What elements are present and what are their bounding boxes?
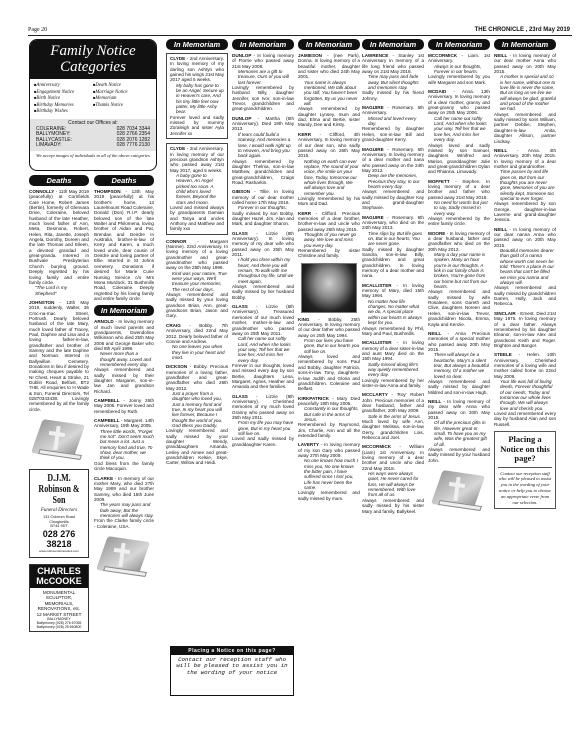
notice-entry: MOFFETT - Stephen. In loving memory of a… [428,179,490,227]
notice-entry: NEILL - Anna Precious memories of a spec… [428,331,490,395]
notice-signoff: Always remembered and sadly missed by wi… [428,289,490,326]
header-rule [28,35,572,36]
ad-subtitle: Funeral Directors [33,508,85,513]
notice-verse: Nothing on earth can ever replace, The s… [298,159,360,196]
notice-name: ARNOLD [94,319,114,324]
notice-signoff: Always remembered and sadly missed by hi… [362,498,424,514]
notice-verse: Three little words, "Forget me not". Don… [94,429,154,461]
notice-verse: No need for words but just to say, Sadly… [428,200,490,216]
notice-signoff: Always remembered by Phil, Mary and Paul… [362,326,424,337]
notice-name: NEILL [494,227,507,232]
ad-title: D.J.M. [38,473,80,484]
notice-entry: GLASS - Lizzie (8th Anniversary). In lov… [232,231,294,300]
notice-name: NEILL [494,148,507,153]
notice-name: GLASS [232,231,248,236]
notice-entry: CLARKE - In memory of our mother Mary, w… [94,476,154,529]
section-heading-in-memoriam: In Memoriam [428,39,490,50]
placing-title: Placing a Notice on this page? [498,435,552,464]
notice-entry: JAMIESON - (nee Park), Donna. In loving … [298,53,360,128]
section-heading-in-memoriam: In Memoriam [494,39,556,50]
section-heading-deaths: Deaths [29,175,89,186]
notice-name: KING [298,317,309,322]
notice-name: DICKSON [166,364,187,369]
notice-entry: MCCORMICK - Liam. 1st Anniversary.Always… [428,53,490,85]
notice-signoff: Always remembered by daughter Thelma, so… [232,159,294,186]
notice-verse: Time slips by, But life goes on, But in … [362,231,424,247]
ad-website: www.robinsonsfuneralsni.com [33,549,85,554]
notice-name: KERR [298,132,311,137]
notice-entry: KERR - Clifford, 4th Anniversary. In lov… [298,132,360,207]
notice-signoff: Always loved and sadly missed by son Sam… [428,143,490,175]
mccooke-monument-ad: CHARLESMcCOOKE MONUMENTAL SCULPTOR, MEMO… [29,564,89,632]
notice-name: MCALLISTER [362,283,392,288]
notice-name: GLASS [232,304,248,309]
notice-signoff: Always remembered by the entire family c… [428,216,490,227]
notice-text: - Lizzie (8th Anniversary). Treasured me… [232,304,294,336]
section-heading-in-memoriam: In Memoriam [232,39,294,50]
notice-name: SINCLAIR [494,311,516,316]
notice-verse: Constantly in our thoughts, But safe in … [298,406,360,422]
notice-verse: Forever in our thoughts. [232,205,294,210]
section-heading-in-memoriam: In Memoriam [362,39,424,50]
notice-entry: NEILL - In loving memory of my dear wife… [428,399,490,463]
ad-phone: 028 276 38218 [33,529,85,549]
column-memoriam-8: In Memoriam NEILL - In loving memory of … [494,39,556,509]
categories-title-line2: Categories [30,59,156,75]
notice-verse: "The Lord is my Shepherd" [29,285,89,296]
notice-signoff: Remembered by sister Christine and famil… [298,248,360,259]
notice-name: CLYDE [170,146,185,151]
notice-entry: LAVERTY - In loving memory of my son Gar… [298,442,360,501]
notice-name: JAMIESON [298,53,322,58]
notice-entry: SINCLAIR - Ernest. Died 21st May 1975. I… [494,311,556,348]
notice-verse: Sadly missed along life's way quietly re… [362,362,424,378]
notice-signoff: God bless from the family circle Macoqui… [94,461,154,472]
notice-name: CAMPBELL [94,418,120,423]
placing-notice-banner: Placing a Notice on this page? Contact o… [170,646,294,696]
notice-verse: Always in our thoughts, Forever in our h… [428,64,490,75]
categories-list: Anniversary Death Notice Engagement Noti… [30,79,156,115]
notice-name: MCCORMICK [362,444,391,449]
notice-signoff: Lovingly remembered and sadly missed by … [166,428,228,465]
section-heading-deaths: Deaths [94,175,154,186]
notice-entry: CONNOR - Margaret (Nannie). 23rd Anniver… [166,239,228,319]
notice-entry: MAGUIRE - Rosemary. 6th Anniversary, who… [362,215,424,279]
notice-signoff: Always loved and remembered by sons Paul… [298,354,360,391]
bible-cross-icon [432,469,487,514]
notice-verse: Your life was full of loving deeds, Fore… [494,379,556,411]
notice-entry: MCALLISTER - In loving memory of a dear … [362,340,424,388]
notice-verse: Kind was your nature, True were your way… [166,271,228,292]
categories-title: Family Notice Categories [30,40,156,79]
notice-verse: Call her name out softly Lord, And when … [232,336,294,363]
category-item: Birthday Wishes [34,108,93,115]
notice-entry: DICKSON - Bobby. Precious memories of a … [166,364,228,466]
notice-entry: GIBSON - Tillie. In loving memory of our… [232,189,294,226]
notice-signoff: Always remembered by son George, daughte… [494,201,556,222]
notice-verse: Of all the precious gifts in life, Howev… [428,420,490,447]
notice-text: - 13th May 2019 (peacefully) at his brot… [94,189,154,301]
notice-name: MCDAID [428,89,446,94]
notice-verse: Call her name out softly Lord, And when … [428,116,490,143]
notice-signoff: Loved and sadly missed by granddaughter … [232,436,294,447]
notice-signoff: Lovingly remembered by her sister-in-law… [362,378,424,389]
notice-signoff: Always remembered and sadly missed by so… [494,112,556,144]
column-deaths-2: Deaths THOMPSON - 13th May 2019 (peacefu… [94,175,154,586]
bible-cross-icon [97,535,152,580]
notice-name: CRAIG [166,323,181,328]
notice-signoff: Sadly missed by his friend Johnny. [362,90,424,101]
category-item: Death Notice [93,82,152,89]
notice-entry: MCCORMICK - William (Liam) 1st Anniversa… [362,444,424,513]
notice-name: MOFFETT [428,179,450,184]
notice-verse: Time may pass and fade away, But silent … [362,74,424,90]
notice-entry: CAMPBELL - Margaret. 14th Anniversary, 1… [94,418,154,471]
notice-entry: ARNOLD - In loving memory of much loved … [94,319,154,394]
banner-body: Contact our reception staff who will be … [171,655,293,678]
notice-signoff: Always remembered and sadly missed by th… [94,367,154,394]
notice-verse: Just a prayer from a daughter who loved … [166,391,228,428]
ad-body: MONUMENTAL SCULPTOR, MEMORIALS, RENOVATI… [30,588,88,631]
notice-verse: Your name is always mentioned, We talk a… [298,80,360,107]
categories-title-line1: Family Notice [30,43,156,59]
notice-text: - Ernest. Died 21st May 1975. In loving … [494,311,556,348]
notice-entry: LAWRENCE - Stanley 1st Anniversary In me… [362,53,424,101]
notice-verse: Time passes by and life goes on, But fro… [494,169,556,201]
notice-verse: I hold you close within my heart, And th… [232,257,294,284]
ad-title: Robinson & Son [38,484,80,506]
notice-name: MOORE [428,231,445,236]
contact-offices: Contact our Offices at: COLERAINE:028 70… [30,119,156,151]
notice-verse: A baby gone to Heaven, An Angel picked t… [170,173,224,205]
placing-body: Contact our reception staff who will be … [498,471,552,506]
notice-name: MCCLARTY [362,392,388,397]
section-heading-in-memoriam: In Memoriam [166,39,228,50]
notice-signoff: Always remembered by daughter Lynsey, mu… [298,106,360,127]
notice-name: MAGUIRE [362,105,384,110]
notice-name: THOMPSON [94,189,121,194]
notice-name: MCALLISTER [362,340,392,345]
category-item: Marriage Notice [93,89,152,96]
notice-entry: MAGUIRE - Rosemary. 6th Anniversary.Miss… [362,105,424,142]
notice-name: DUNLOP [232,53,251,58]
notice-entry: NEILL - In loving memory of our dear nan… [494,227,556,307]
images-note: We accept images of individuals in all o… [30,151,156,160]
notice-verse: If tears could build a stairway, And mem… [232,132,294,159]
notice-entry: MAGUIRE - Rosemary. 6th Anniversary. In … [362,147,424,211]
notice-entry: CONNOLLY - 11th May 2019 (peacefully) at… [29,189,89,296]
notice-entry: NEILL - Anna. 4th Anniversary. 20th May … [494,148,556,223]
notice-entry: MCCLARTY - 'Roy' Robert John. Precious m… [362,392,424,440]
page-number: Page 20 [28,27,47,33]
notice-text: - 11th May 2019 (peacefully) at Cornfiel… [29,189,89,285]
notice-signoff: Sadly missed by son Bobby, daughter Haze… [232,211,294,227]
notice-name: NEILL [494,53,507,58]
section-heading-in-memoriam: In Memoriam [298,39,360,50]
notice-signoff: Remembered by Raymond, Jim, Charlie, Ann… [298,422,360,438]
notice-entry: CRAIG - Bobby. 7th Anniversary, died 22n… [166,323,228,360]
notice-verse: A mother is special and so is her name, … [494,74,556,111]
notice-verse: Thoughts of you never go away. We love a… [298,232,360,248]
column-deaths-1: Deaths CONNOLLY - 11th May 2019 (peacefu… [29,175,89,632]
notice-name: STEELE [494,352,512,357]
notice-signoff: Lovingly remembered and sadly missed by … [298,490,360,501]
notice-verse: My baby has gone to be an Angel, Secure … [170,83,224,115]
notice-signoff: From the Clarke family circle - Colerain… [94,518,154,529]
notice-entry: GLASS - Lizzie (8th Anniversary). Cheris… [232,394,294,447]
bible-cross-icon [32,418,87,463]
notice-signoff: Loved and remembered every day by husban… [494,411,556,427]
family-notice-categories: Family Notice Categories Anniversary Dea… [29,39,157,171]
notice-entry: MOORE - In loving memory of a dear husba… [428,231,490,327]
notice-name: CAMPBELL [94,398,120,403]
memorial-photo [301,263,357,313]
notice-name: KERR [298,211,311,216]
notice-signoff: Much loved by wife Ann, daughter Melissa… [362,419,424,440]
notice-name: NEILL [428,399,441,404]
notice-name: CONNOR [166,239,186,244]
notice-entry: MCALLISTER - In loving memory of Mary, d… [362,283,424,336]
divider [498,467,552,468]
notice-entry: KING - Bobby. 25th Anniversary. In lovin… [298,317,360,392]
notice-verse: Missed and loved every day. [362,116,424,127]
notice-verse: No one knows how much I miss you, No one… [298,458,360,490]
notice-signoff: Always remembered and sadly missed by yo… [166,292,228,319]
notice-signoff: Lovingly remembered by his Mum and Dad. [298,196,360,207]
notice-signoff: Loved and missed always by grandparents … [170,205,224,232]
notice-name: GIBSON [232,189,250,194]
notice-signoff: Always remembered and sadly missed by yo… [428,447,490,463]
notice-name: MAGUIRE [362,215,384,220]
category-item: Thanks Notice [93,102,152,109]
notice-verse: Memories are a gift to treasure, Ours of… [232,69,294,85]
column-memoriam-7: In Memoriam MCCORMICK - Liam. 1st Annive… [428,39,490,520]
notice-signoff: Always remembered and sadly missed by da… [362,189,424,210]
robinson-funeral-ad: D.J.M. Robinson & Son Funeral Directors … [29,469,89,558]
notice-name: JOHNSTON [29,300,54,305]
notice-entry: DUNLOP - Martha (6th Anniversary). Died … [232,116,294,185]
notice-verse: From my life you may have gone, But in m… [232,420,294,436]
notice-signoff: Lovingly remembered by you wife Margaret… [428,74,490,85]
banner-title: Placing a Notice on this page? [171,647,293,655]
notice-entry: GLASS - Lizzie (8th Anniversary). Treasu… [232,304,294,390]
notice-signoff: Always remembered and sadly missed by he… [232,284,294,300]
notice-signoff: Lovingly remembered by husband Billy, da… [232,85,294,112]
notice-entry: CAMPBELL - Jonny 26th May 2006. Forever … [94,398,154,414]
notice-verse: Deep are the memories, Precious they sta… [362,173,424,189]
notice-entry: KERR - Clifford. Precious memories of a … [298,211,360,259]
category-item: Memoriam [93,95,152,102]
notice-name: GLASS [232,394,248,399]
notice-verse: No matter how life changes, No matter wh… [362,299,424,326]
notice-text: - 13th May 2019, suddenly, Walter, 35 Cr… [29,300,89,412]
category-item: Anniversary [34,82,93,89]
section-heading-in-memoriam: In Memoriam [94,305,154,316]
notice-name: LAWRENCE [362,53,388,58]
notice-name: LAVERTY [298,442,319,447]
notice-verse: The years may pass and fade away; But th… [94,502,154,518]
notice-verse: Never more than a thought away. Loved an… [94,351,154,367]
notice-name: CLYDE [170,56,185,61]
ad-title: CHARLESMcCOOKE [30,565,88,588]
notice-text: - In loving memory of much loved parents… [94,319,154,351]
notice-name: CLARKE [94,476,113,481]
notice-entry: CLYDE - 2nd Anniversary. In loving memor… [166,143,228,235]
notice-entry: JOHNSTON - 13th May 2019, suddenly, Walt… [29,300,89,412]
notice-signoff: Sadly missed by daughter Sandra, son-in-… [362,247,424,279]
column-memoriam-5: In Memoriam JAMIESON - (nee Park), Donna… [298,39,360,505]
notice-signoff: Forever in our thoughts, loved and misse… [232,363,294,390]
publication-date: THE CHRONICLE , 23rd May 2019 [475,27,570,33]
notice-name: DUNLOP [232,116,251,121]
notice-verse: His ways were always quiet, He never car… [362,471,424,498]
office-row: LIMAVADY:028 7776 2130 [36,143,150,149]
notice-name: KIRKPATRICK [298,396,329,401]
notice-verse: No one leaves you when they live in your… [166,344,228,360]
category-item: Birthday Memories [34,102,93,109]
notice-entry: NEILL - In loving memory of our dear mot… [494,53,556,144]
notice-name: CONNOLLY [29,189,54,194]
notice-name: NEILL [428,331,441,336]
notice-signoff: Forever loved and sadly missed by mummy … [170,115,224,136]
notice-entry: STEELE - Helen. 10th Anniversary. Cheris… [494,352,556,427]
notice-verse: Beautiful memories dearer than gold of a… [494,248,556,285]
placing-notice-box: Placing a Notice on this page? Contact o… [494,431,556,509]
office-name: LIMAVADY: [36,143,62,149]
notice-verse: Many a day your name is spoken, Many an … [428,252,490,289]
notice-signoff: Always remembered and sadly missed by gr… [494,285,556,306]
notice-signoff: Always remembered and sadly missed by da… [428,379,490,395]
column-memoriam-4: In Memoriam DUNLOP - In loving memory of… [232,39,294,451]
office-phone: 028 7776 2130 [117,143,150,149]
notice-entry: DUNLOP - In loving memory of Florrie who… [232,53,294,112]
notice-verse: From our lives you have gone, But in our… [298,338,360,354]
notice-name: MAGUIRE [362,147,384,152]
category-item: Engagement Notice [34,89,93,96]
column-memoriam-6: In Memoriam LAWRENCE - Stanley 1st Anniv… [362,39,424,518]
notice-text: - Margaret (Nannie). 23rd Anniversary. I… [166,239,228,271]
category-item: Birth Notice [34,95,93,102]
notice-entry: CLYDE - 2nd Anniversary. In loving memor… [166,53,228,139]
notice-entry: KIRKPATRICK - Mary Died peacefully 19th … [298,396,360,439]
notice-entry: THOMPSON - 13th May 2019 (peacefully) at… [94,189,154,301]
notice-entry: MCDAID - Anna. 13th Anniversary. In lovi… [428,89,490,175]
column-memoriam-3: In Memoriam CLYDE - 2nd Anniversary. In … [166,39,228,470]
notice-name: MCCORMICK [428,53,457,58]
notice-verse: There will always be a heartache, Mary's… [428,352,490,379]
notice-signoff: Remembered by daughter Helen, son-in-law… [362,126,424,142]
